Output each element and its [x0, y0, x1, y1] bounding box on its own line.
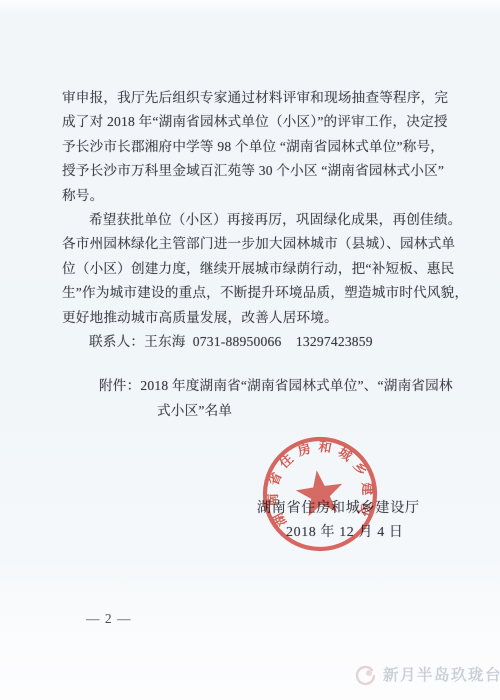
page-number: — 2 —: [86, 611, 132, 627]
contact-line: 联系人：王东海 0731-88950066 13297423859: [62, 330, 448, 354]
seal-star-icon: [293, 467, 346, 517]
document-body: 审申报，我厅先后组织专家通过材料评审和现场抽查等程序，完 成了对 2018 年“…: [62, 86, 448, 423]
document-page: 审申报，我厅先后组织专家通过材料评审和现场抽查等程序，完 成了对 2018 年“…: [0, 0, 500, 700]
watermark: 新月半岛玖珑台: [354, 662, 500, 686]
watermark-text: 新月半岛玖珑台: [383, 663, 500, 685]
paragraph1-line: 成了对 2018 年“湖南省园林式单位（小区）”的评审工作，决定授: [62, 110, 448, 134]
official-seal-icon: 湖南省住房和城乡建设厅: [252, 426, 388, 562]
attachment-line: 式小区”名单: [62, 399, 448, 423]
paragraph1-line: 审申报，我厅先后组织专家通过材料评审和现场抽查等程序，完: [62, 86, 448, 110]
paragraph2-line: 生”作为城市建设的重点，不断提升环境品质，塑造城市时代风貌，: [62, 281, 448, 305]
paragraph2-line: 希望获批单位（小区）再接再厉，巩固绿化成果，再创佳绩。: [62, 208, 448, 232]
paragraph1-line: 予长沙市长郡湘府中学等 98 个单位 “湖南省园林式单位”称号，: [62, 135, 448, 159]
watermark-logo-icon: [354, 662, 378, 686]
paragraph2-line: 更好地推动城市高质量发展，改善人居环境。: [62, 306, 448, 330]
paragraph1-line: 授予长沙市万科里金域百汇苑等 30 个小区 “湖南省园林式小区”: [62, 159, 448, 183]
attachment-line: 附件：2018 年度湖南省“湖南省园林式单位”、“湖南省园林: [62, 374, 448, 398]
paragraph2-line: 位（小区）创建力度，继续开展城市绿荫行动，把“补短板、惠民: [62, 257, 448, 281]
paragraph2-line: 各市州园林绿化主管部门进一步加大园林城市（县城）、园林式单: [62, 232, 448, 256]
paragraph1-line: 称号。: [62, 184, 448, 208]
